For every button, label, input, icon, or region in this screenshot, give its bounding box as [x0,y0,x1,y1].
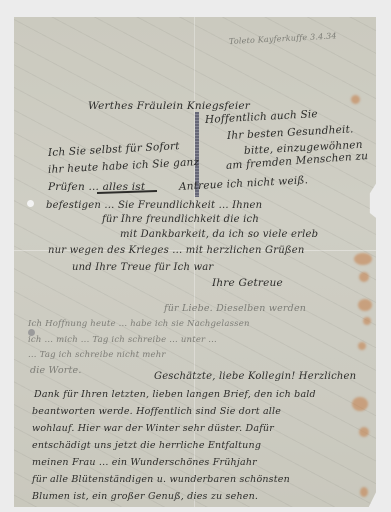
rust-stain [352,397,368,411]
punch-hole [27,200,34,207]
text-line: und Ihre Treue für Ich war [72,262,213,273]
rust-stain [354,253,372,265]
text-line: mit Dankbarkeit, da ich so viele erleb [120,229,318,240]
text-line: entschädigt uns jetzt die herrliche Entf… [32,440,261,451]
rust-stain [351,95,360,104]
text-line: Ich Hoffnung heute ... habe ich sie Nach… [28,319,250,329]
rust-stain [360,487,368,497]
text-line: nur wegen des Krieges ... mit herzlichen… [48,245,305,256]
text-line: ich ... mich ... Tag ich schreibe ... un… [28,335,217,345]
text-line: die Worte. [30,365,82,376]
text-line: für alle Blütenständigen u. wunderbaren … [32,474,290,485]
rust-stain [358,299,372,311]
rust-stain [359,272,369,282]
text-line: für Liebe. Dieselben werden [164,303,306,314]
text-line: beantworten werde. Hoffentlich sind Sie … [32,406,281,417]
rust-stain [358,342,366,350]
text-line: befestigen ... Sie Freundlichkeit ... Ih… [46,200,262,211]
text-line: meinen Frau ... ein Wunderschönes Frühja… [32,457,257,468]
rust-stain [359,427,369,437]
text-line: ... Tag ich schreibe nicht mehr [28,350,166,360]
text-line: Blumen ist, ein großer Genuß, dies zu se… [32,491,258,502]
text-line: Geschätzte, liebe Kollegin! Herzlichen [154,371,356,382]
text-line: Ihre Getreue [212,277,283,289]
rust-stain [363,317,371,325]
text-line: Dank für Ihren letzten, lieben langen Br… [34,389,316,400]
letter-paper: Toleto Kayferkuffe 3.4.34 Werthes Fräule… [14,17,376,507]
text-line: Werthes Fräulein Kniegsfeier [88,100,250,112]
text-line: wohlauf. Hier war der Winter sehr düster… [32,423,274,434]
text-line: für Ihre freundlichkeit die ich [102,214,259,225]
